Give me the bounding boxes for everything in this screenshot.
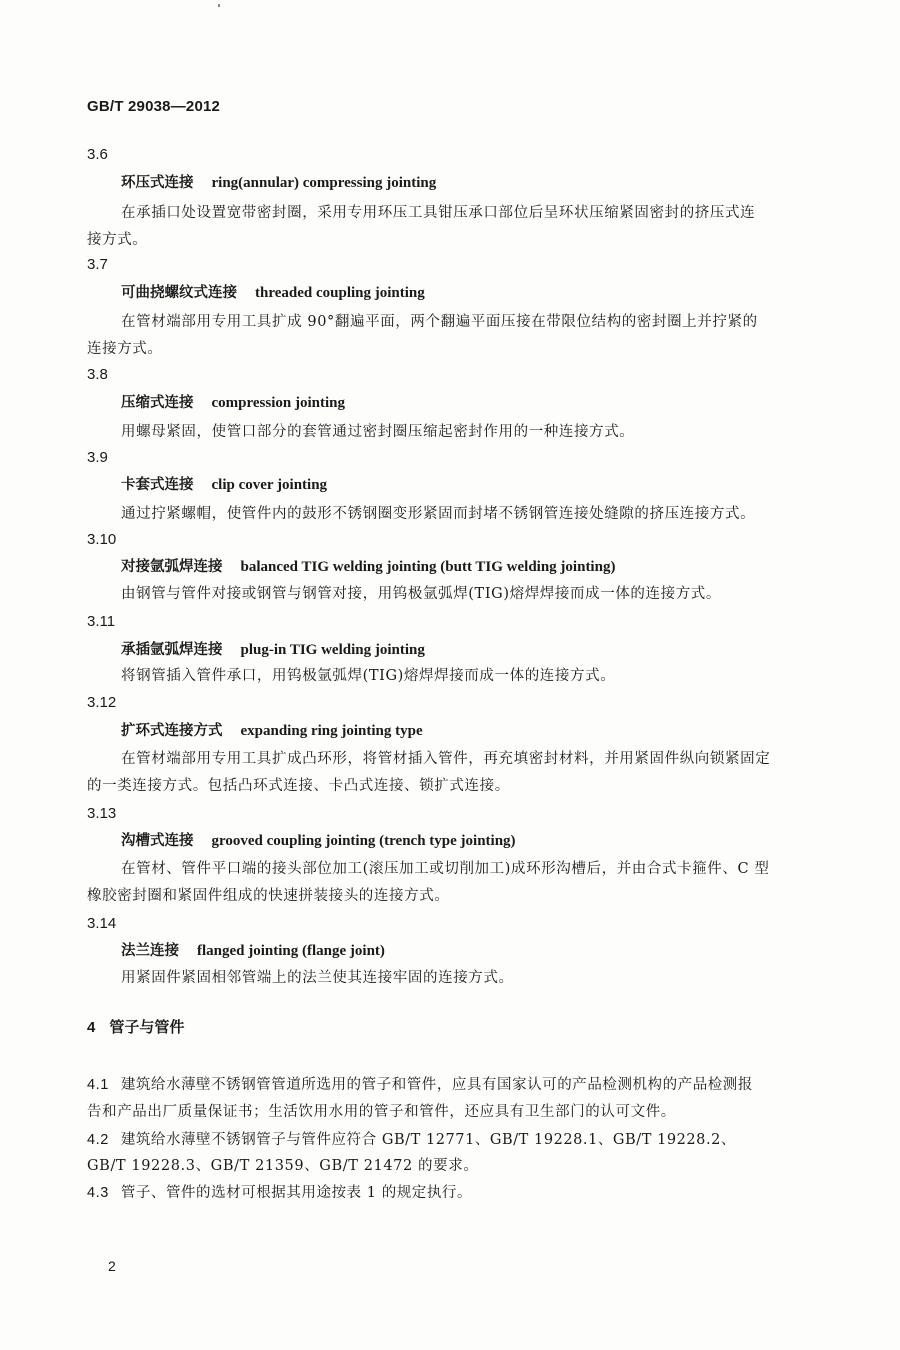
term-definition: 在管材端部用专用工具扩成凸环形，将管材插入管件，再充填密封材料，并用紧固件纵向锁… — [121, 749, 770, 769]
section-heading: 4管子与管件 — [87, 1017, 184, 1038]
term-number: 3.10 — [87, 530, 116, 550]
clause-text: 建筑给水薄壁不锈钢管子与管件应符合 GB/T 12771、GB/T 19228.… — [121, 1132, 736, 1148]
term-heading: 法兰连接flanged jointing (flange joint) — [121, 941, 385, 961]
term-heading: 对接氩弧焊连接balanced TIG welding jointing (bu… — [121, 557, 615, 577]
term-definition: 由钢管与管件对接或钢管与钢管对接，用钨极氩弧焊(TIG)熔焊焊接而成一体的连接方… — [121, 584, 721, 604]
clause-text-cont: GB/T 19228.3、GB/T 21359、GB/T 21472 的要求。 — [87, 1156, 478, 1176]
clause-number: 4.3 — [87, 1185, 109, 1201]
term-definition-cont: 的一类连接方式。包括凸环式连接、卡凸式连接、锁扩式连接。 — [87, 776, 510, 796]
term-zh: 对接氩弧焊连接 — [121, 558, 223, 575]
term-en: clip cover jointing — [212, 477, 328, 493]
term-heading: 环压式连接ring(annular) compressing jointing — [121, 173, 436, 193]
term-zh: 可曲挠螺纹式连接 — [121, 284, 237, 301]
term-zh: 扩环式连接方式 — [121, 722, 223, 739]
term-definition-cont: 橡胶密封圈和紧固件组成的快速拼装接头的连接方式。 — [87, 886, 449, 906]
clause: 4.3管子、管件的选材可根据其用途按表 1 的规定执行。 — [87, 1183, 472, 1203]
clause-number: 4.1 — [87, 1077, 109, 1093]
clause-text: 管子、管件的选材可根据其用途按表 1 的规定执行。 — [121, 1185, 472, 1201]
clause-text: 建筑给水薄壁不锈钢管管道所选用的管子和管件，应具有国家认可的产品检测机构的产品检… — [121, 1077, 753, 1093]
term-en: plug-in TIG welding jointing — [241, 642, 425, 658]
standard-code-header: GB/T 29038—2012 — [87, 97, 220, 117]
term-zh: 承插氩弧焊连接 — [121, 641, 223, 658]
term-zh: 沟槽式连接 — [121, 832, 194, 849]
scan-speck — [218, 4, 220, 7]
term-zh: 卡套式连接 — [121, 476, 194, 493]
term-en: grooved coupling jointing (trench type j… — [212, 833, 516, 849]
document-page: GB/T 29038—2012 3.6 环压式连接ring(annular) c… — [0, 0, 900, 1350]
term-number: 3.6 — [87, 145, 108, 165]
term-definition: 在管材、管件平口端的接头部位加工(滚压加工或切削加工)成环形沟槽后，并由合式卡箍… — [121, 859, 770, 879]
term-definition-cont: 连接方式。 — [87, 339, 163, 359]
section-number: 4 — [87, 1019, 95, 1036]
term-en: flanged jointing (flange joint) — [197, 943, 385, 959]
term-heading: 扩环式连接方式expanding ring jointing type — [121, 721, 423, 741]
clause: 4.1建筑给水薄壁不锈钢管管道所选用的管子和管件，应具有国家认可的产品检测机构的… — [87, 1075, 753, 1095]
term-definition: 在管材端部用专用工具扩成 90°翻遍平面，两个翻遍平面压接在带限位结构的密封圈上… — [121, 312, 758, 332]
term-zh: 法兰连接 — [121, 942, 179, 959]
term-definition: 通过拧紧螺帽，使管件内的鼓形不锈钢圈变形紧固而封堵不锈钢管连接处缝隙的挤压连接方… — [121, 504, 755, 524]
term-number: 3.12 — [87, 693, 116, 713]
term-heading: 可曲挠螺纹式连接threaded coupling jointing — [121, 283, 425, 303]
clause-number: 4.2 — [87, 1132, 109, 1148]
term-heading: 卡套式连接clip cover jointing — [121, 475, 327, 495]
page-number: 2 — [108, 1256, 116, 1276]
term-number: 3.9 — [87, 448, 108, 468]
term-definition: 将钢管插入管件承口，用钨极氩弧焊(TIG)熔焊焊接而成一体的连接方式。 — [121, 666, 615, 686]
clause: 4.2建筑给水薄壁不锈钢管子与管件应符合 GB/T 12771、GB/T 192… — [87, 1130, 736, 1150]
term-en: threaded coupling jointing — [255, 285, 425, 301]
term-heading: 压缩式连接compression jointing — [121, 393, 345, 413]
term-definition: 在承插口处设置宽带密封圈，采用专用环压工具钳压承口部位后呈环状压缩紧固密封的挤压… — [121, 203, 755, 223]
term-heading: 承插氩弧焊连接plug-in TIG welding jointing — [121, 640, 425, 660]
term-zh: 环压式连接 — [121, 174, 194, 191]
term-number: 3.8 — [87, 365, 108, 385]
term-number: 3.7 — [87, 255, 108, 275]
term-heading: 沟槽式连接grooved coupling jointing (trench t… — [121, 831, 516, 851]
term-en: expanding ring jointing type — [241, 723, 423, 739]
section-title: 管子与管件 — [109, 1018, 184, 1036]
term-en: ring(annular) compressing jointing — [212, 175, 437, 191]
term-zh: 压缩式连接 — [121, 394, 194, 411]
term-number: 3.13 — [87, 804, 116, 824]
term-definition-cont: 接方式。 — [87, 230, 147, 250]
clause-text-cont: 告和产品出厂质量保证书；生活饮用水用的管子和管件，还应具有卫生部门的认可文件。 — [87, 1102, 676, 1122]
term-number: 3.11 — [87, 612, 115, 632]
term-number: 3.14 — [87, 914, 116, 934]
term-en: compression jointing — [212, 395, 345, 411]
term-definition: 用紧固件紧固相邻管端上的法兰使其连接牢固的连接方式。 — [121, 968, 514, 988]
term-definition: 用螺母紧固，使管口部分的套管通过密封圈压缩起密封作用的一种连接方式。 — [121, 422, 634, 442]
term-en: balanced TIG welding jointing (butt TIG … — [241, 559, 616, 575]
